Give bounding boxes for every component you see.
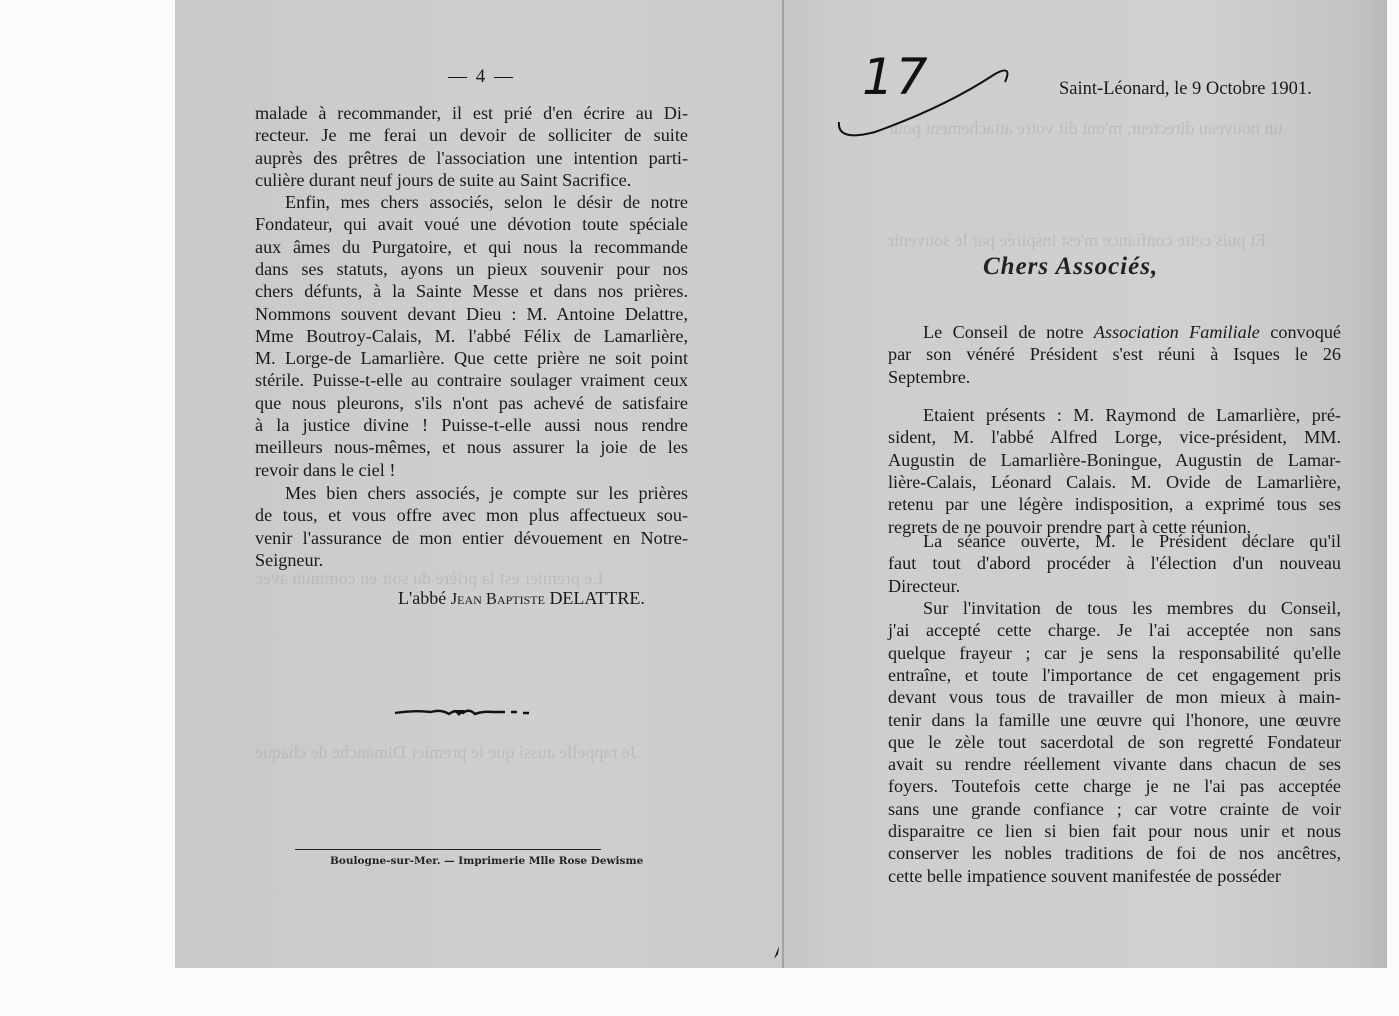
signature-given-names: Jean Baptiste [451,589,545,608]
text-line: j'ai accepté cette charge. Je l'ai accep… [888,619,1341,641]
text-line: Augustin de Lamarlière-Boningue, Augusti… [888,449,1341,471]
signature: L'abbé Jean Baptiste DELATTRE. [398,588,645,609]
text-line: disparaitre ce lien si bien fait pour no… [888,820,1341,842]
text-line: entraîne, et toute l'importance de cet e… [888,664,1341,686]
text-line: Enfin, mes chers associés, selon le dési… [285,191,688,213]
show-through-text: Le premier est la prière du soir en comm… [255,568,603,589]
text-line: recteur. Je me ferai un devoir de sollic… [255,124,688,146]
text-line: cette belle impatience souvent manifesté… [888,865,1341,887]
text-line: Fondateur, qui avait voué une dévotion t… [255,213,688,235]
text-line: stérile. Puisse-t-elle au contraire soul… [255,369,688,391]
text-line: auprès des prêtres de l'association une … [255,147,688,169]
text-line: Septembre. [888,366,1341,388]
text-line: chers défunts, à la Sainte Messe et dans… [255,280,688,302]
text-line: revoir dans le ciel ! [255,459,688,481]
text-line: culière durant neuf jours de suite au Sa… [255,169,688,191]
text-line: Nommons souvent devant Dieu : M. Antoine… [255,303,688,325]
signature-prefix: L'abbé [398,588,451,608]
date-line: Saint-Léonard, le 9 Octobre 1901. [1059,79,1312,100]
page-fold [782,0,784,968]
text-line: faut tout d'abord procéder à l'élection … [888,552,1341,574]
imprint: Boulogne-sur-Mer. — Imprimerie Mlle Rose… [330,855,643,867]
text-line: foyers. Toutefois cette charge je ne l'a… [888,775,1341,797]
text-line: que nous pleurons, s'ils n'ont pas achev… [255,392,688,414]
text-line: Etaient présents : M. Raymond de Lamarli… [923,404,1341,426]
text-line: lière-Calais, Léonard Calais. M. Ovide d… [888,471,1341,493]
text-line: dans ses statuts, ayons un pieux souveni… [255,258,688,280]
text-line: de tous, et vous offre avec mon plus aff… [255,504,688,526]
text-line: sans une grande confiance ; car votre cr… [888,798,1341,820]
salutation: Chers Associés, [983,253,1158,281]
show-through-text: Je rappelle aussi que le premier Dimanch… [255,742,637,763]
text-line: aux âmes du Purgatoire, et qui nous la r… [255,236,688,258]
text-line: venir l'assurance de mon entier dévoueme… [255,527,688,549]
ornament-divider-icon [393,705,535,719]
text-line: retenu par une légère indisposition, a e… [888,493,1341,515]
text-line: Mes bien chers associés, je compte sur l… [285,482,688,504]
text-line: devant vous tous de travailler de mon mi… [888,686,1341,708]
text-line: Mme Boutroy-Calais, M. l'abbé Félix de L… [255,325,688,347]
text-line: à la justice divine ! Puisse-t-elle auss… [255,414,688,436]
text-line: Sur l'invitation de tous les membres du … [923,597,1341,619]
show-through-text: Et puis cette confiance m'est inspirée p… [888,230,1266,251]
text-line: conserver les nobles traditions de foi d… [888,842,1341,864]
text-line: quelque frayeur ; car je sens la respons… [888,642,1341,664]
text-line: Le Conseil de notre Association Familial… [923,321,1341,343]
text-line: avait su rendre réellement vivante dans … [888,753,1341,775]
text-line: par son vénéré Président s'est réuni à I… [888,343,1341,365]
signature-surname: DELATTRE. [545,588,645,608]
text-line: sident, M. l'abbé Alfred Lorge, vice-pré… [888,426,1341,448]
text-line: La séance ouverte, M. le Président décla… [923,530,1341,552]
imprint-rule [295,849,601,850]
text-line: meilleurs nous-mêmes, et nous assurer la… [255,436,688,458]
text-line: M. Lorge-de Lamarlière. Que cette prière… [255,347,688,369]
text-line: Seigneur. [255,549,688,571]
handwritten-flourish-icon [835,62,1015,142]
text-line: tenir dans la famille une œuvre qui l'ho… [888,709,1341,731]
text-line: Directeur. [888,575,1341,597]
text-line: que le zèle tout sacerdotal de son regre… [888,731,1341,753]
italic-title: Association Familiale [1094,322,1260,342]
text-line: malade à recommander, il est prié d'en é… [255,102,688,124]
ink-mark-icon [773,944,781,960]
page-number: — 4 — [448,66,515,88]
text-span: Le Conseil de notre [923,322,1094,342]
text-span: convoqué [1260,322,1341,342]
